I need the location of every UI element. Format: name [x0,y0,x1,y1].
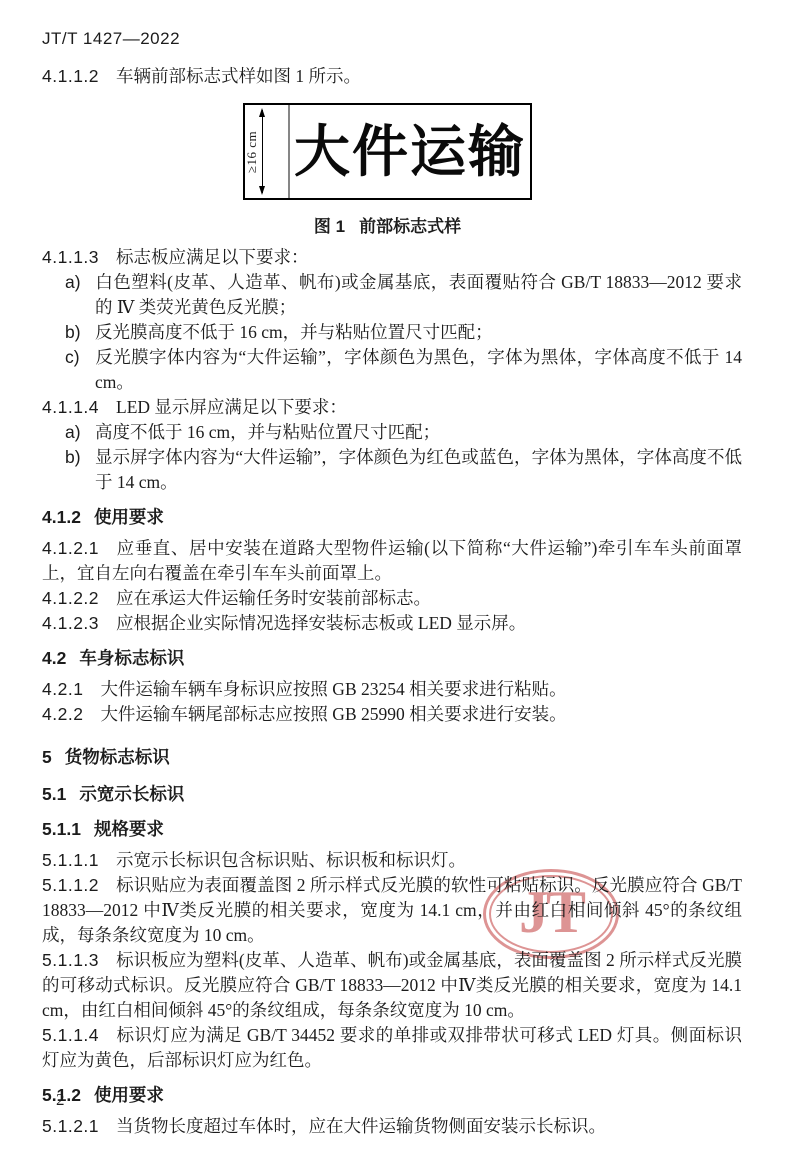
list-item-c: c)反光膜字体内容为“大件运输”，字体颜色为黑色，字体为黑体，字体高度不低于 1… [42,345,742,395]
doc-number-header: JT/T 1427—2022 [42,28,742,50]
clause-4.1.1.3: 4.1.1.3标志板应满足以下要求： [42,245,742,270]
page: JT JT/T 1427—2022 4.1.1.2车辆前部标志式样如图 1 所示… [0,0,788,1176]
clause-4.2.1: 4.2.1大件运输车辆车身标识应按照 GB 23254 相关要求进行粘贴。 [42,677,742,702]
paragraph-text: 使用要求 [94,507,164,527]
clause-number: 5.1.1.2 [42,875,99,895]
clause-4.2.2: 4.2.2大件运输车辆尾部标志应按照 GB 25990 相关要求进行安装。 [42,702,742,727]
list-item-b: b)显示屏字体内容为“大件运输”，字体颜色为红色或蓝色，字体为黑体，字体高度不低… [42,445,742,495]
list-marker: a) [65,270,95,295]
heading-4.1.2: 4.1.2使用要求 [42,505,742,530]
sign-text: 大件运输 [294,124,526,180]
paragraph-text: 标识灯应为满足 GB/T 34452 要求的单排或双排带状可移式 LED 灯具。… [42,1025,742,1070]
paragraph-text: 显示屏字体内容为“大件运输”，字体颜色为红色或蓝色，字体为黑体，字体高度不低于 … [95,447,742,492]
clause-number: 5.1.1.4 [42,1025,99,1045]
figure-caption-title: 前部标志式样 [359,217,461,236]
list-marker: a) [65,420,95,445]
clause-5.1.1.1: 5.1.1.1示宽示长标识包含标识贴、标识板和标识灯。 [42,848,742,873]
paragraph-text: 车身标志标识 [79,648,184,668]
clause-number: 5.1.1 [42,819,81,839]
paragraph-text: 应在承运大件运输任务时安装前部标志。 [116,588,431,608]
list-item-a: a)高度不低于 16 cm，并与粘贴位置尺寸匹配； [42,420,742,445]
sign-text-area: 大件运输 [290,105,530,198]
list-marker: c) [65,345,95,370]
figure-1-caption: 图 1前部标志式样 [243,215,532,239]
clause-number: 4.2.2 [42,704,83,724]
clause-number: 4.1.1.2 [42,66,99,86]
figure-1-sign-plate: ≥16 cm 大件运输 [243,103,532,200]
clause-4.1.1.2: 4.1.1.2车辆前部标志式样如图 1 所示。 [42,64,742,89]
clause-number: 4.1.1.3 [42,247,99,267]
clause-4.1.1.4: 4.1.1.4LED 显示屏应满足以下要求： [42,395,742,420]
figure-1: ≥16 cm 大件运输 图 1前部标志式样 [243,103,532,239]
document-content: JT/T 1427—2022 4.1.1.2车辆前部标志式样如图 1 所示。 ≥… [42,28,742,1139]
paragraph-text: 标志板应满足以下要求： [116,247,309,267]
clause-number: 5.1.1.1 [42,850,99,870]
clause-number: 5.1 [42,784,66,804]
clause-number: 4.1.2 [42,507,81,527]
clause-5.1.1.2: 5.1.1.2标识贴应为表面覆盖图 2 所示样式反光膜的软性可粘贴标识。反光膜应… [42,873,742,948]
list-item-a: a)白色塑料(皮革、人造革、帆布)或金属基底，表面覆贴符合 GB/T 18833… [42,270,742,320]
paragraph-text: 反光膜字体内容为“大件运输”，字体颜色为黑色，字体为黑体，字体高度不低于 14 … [95,347,742,392]
paragraph-text: 使用要求 [94,1085,164,1105]
paragraph-text: 大件运输车辆尾部标志应按照 GB 25990 相关要求进行安装。 [100,704,566,724]
list-marker: b) [65,445,95,470]
paragraph-text: 高度不低于 16 cm，并与粘贴位置尺寸匹配； [95,422,440,442]
list-item-b: b)反光膜高度不低于 16 cm，并与粘贴位置尺寸匹配； [42,320,742,345]
heading-5: 5货物标志标识 [42,745,742,770]
paragraph-text: 应垂直、居中安装在道路大型物件运输(以下简称“大件运输”)牵引车车头前面罩上，宜… [42,538,742,583]
paragraph-text: 应根据企业实际情况选择安装标志板或 LED 显示屏。 [116,613,526,633]
clause-5.1.1.3: 5.1.1.3标识板应为塑料(皮革、人造革、帆布)或金属基底，表面覆盖图 2 所… [42,948,742,1023]
clause-text: 车辆前部标志式样如图 1 所示。 [116,66,361,86]
paragraph-text: 标识贴应为表面覆盖图 2 所示样式反光膜的软性可粘贴标识。反光膜应符合 GB/T… [42,875,742,945]
clause-number: 4.1.2.1 [42,538,99,558]
clause-5.1.1.4: 5.1.1.4标识灯应为满足 GB/T 34452 要求的单排或双排带状可移式 … [42,1023,742,1073]
paragraph-text: LED 显示屏应满足以下要求： [116,397,347,417]
clause-number: 4.1.2.2 [42,588,99,608]
heading-5.1.2: 5.1.2使用要求 [42,1083,742,1108]
clause-4.1.2.3: 4.1.2.3应根据企业实际情况选择安装标志板或 LED 显示屏。 [42,611,742,636]
paragraph-text: 规格要求 [94,819,164,839]
heading-4.2: 4.2车身标志标识 [42,646,742,671]
figure-caption-label: 图 1 [314,217,345,236]
paragraph-text: 白色塑料(皮革、人造革、帆布)或金属基底，表面覆贴符合 GB/T 18833—2… [95,272,742,317]
paragraph-text: 示宽示长标识包含标识贴、标识板和标识灯。 [116,850,466,870]
paragraph-text: 示宽示长标识 [79,784,184,804]
document-paragraphs: 4.1.1.3标志板应满足以下要求：a)白色塑料(皮革、人造革、帆布)或金属基底… [42,245,742,1139]
clause-number: 4.1.1.4 [42,397,99,417]
clause-4.1.2.2: 4.1.2.2应在承运大件运输任务时安装前部标志。 [42,586,742,611]
paragraph-text: 标识板应为塑料(皮革、人造革、帆布)或金属基底，表面覆盖图 2 所示样式反光膜的… [42,950,742,1020]
clause-number: 4.1.2.3 [42,613,99,633]
clause-number: 5.1.1.3 [42,950,99,970]
paragraph-text: 当货物长度超过车体时，应在大件运输货物侧面安装示长标识。 [116,1116,606,1136]
clause-number: 5.1.2.1 [42,1116,99,1136]
clause-number: 5 [42,747,52,767]
clause-5.1.2.1: 5.1.2.1当货物长度超过车体时，应在大件运输货物侧面安装示长标识。 [42,1114,742,1139]
clause-number: 4.2.1 [42,679,83,699]
document-page: { "header": { "doc_number": "JT/T 1427—2… [0,0,788,1176]
dimension-label: ≥16 cm [244,130,260,172]
clause-number: 5.1.2 [42,1085,81,1105]
dimension-arrow-line [262,110,263,193]
list-marker: b) [65,320,95,345]
paragraph-text: 货物标志标识 [65,747,170,767]
heading-5.1: 5.1示宽示长标识 [42,782,742,807]
clause-number: 4.2 [42,648,66,668]
paragraph-text: 大件运输车辆车身标识应按照 GB 23254 相关要求进行粘贴。 [100,679,566,699]
heading-5.1.1: 5.1.1规格要求 [42,817,742,842]
paragraph-text: 反光膜高度不低于 16 cm，并与粘贴位置尺寸匹配； [95,322,493,342]
clause-4.1.2.1: 4.1.2.1应垂直、居中安装在道路大型物件运输(以下简称“大件运输”)牵引车车… [42,536,742,586]
